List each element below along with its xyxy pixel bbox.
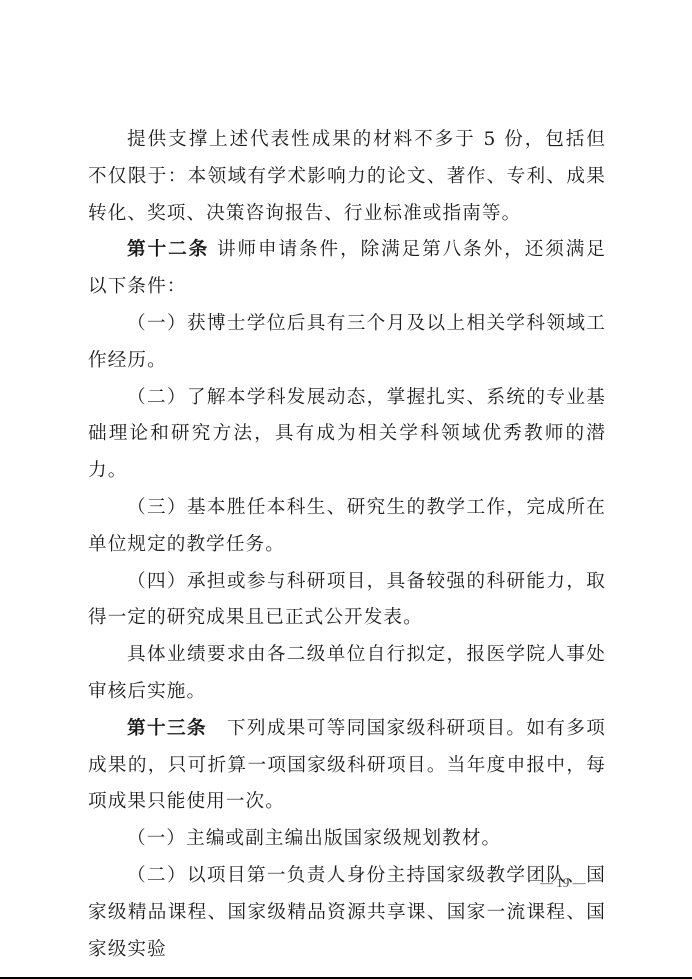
article-heading: 第十三条 [127, 718, 207, 739]
paragraph-text: （四）承担或参与科研项目，具备较强的科研能力，取得一定的研究成果且已正式公开发表… [88, 571, 606, 629]
paragraph: （四）承担或参与科研项目，具备较强的科研能力，取得一定的研究成果且已正式公开发表… [88, 564, 606, 638]
paragraph-text: （一）主编或副主编出版国家级规划教材。 [127, 828, 501, 849]
paragraph-text: （二）了解本学科发展动态，掌握扎实、系统的专业基础理论和研究方法，具有成为相关学… [88, 387, 606, 482]
paragraph-text: 提供支撑上述代表性成果的材料不多于 5 份，包括但不仅限于：本领域有学术影响力的… [88, 129, 606, 224]
paragraph: （三）基本胜任本科生、研究生的教学工作，完成所在单位规定的教学任务。 [88, 490, 606, 564]
page-number: — 19 — [540, 875, 586, 891]
paragraph-article-12: 第十二条 讲师申请条件，除满足第八条外，还须满足以下条件： [88, 232, 606, 306]
paragraph-text: （三）基本胜任本科生、研究生的教学工作，完成所在单位规定的教学任务。 [88, 497, 606, 555]
paragraph: （二）了解本学科发展动态，掌握扎实、系统的专业基础理论和研究方法，具有成为相关学… [88, 380, 606, 490]
paragraph-text: （一）获博士学位后具有三个月及以上相关学科领域工作经历。 [88, 313, 606, 371]
paragraph: 提供支撑上述代表性成果的材料不多于 5 份，包括但不仅限于：本领域有学术影响力的… [88, 122, 606, 232]
paragraph-text: 具体业绩要求由各二级单位自行拟定，报医学院人事处审核后实施。 [88, 644, 606, 702]
article-heading: 第十二条 [127, 239, 209, 260]
paragraph: （二）以项目第一负责人身份主持国家级教学团队、国家级精品课程、国家级精品资源共享… [88, 858, 606, 968]
paragraph: 具体业绩要求由各二级单位自行拟定，报医学院人事处审核后实施。 [88, 637, 606, 711]
paragraph: （一）获博士学位后具有三个月及以上相关学科领域工作经历。 [88, 306, 606, 380]
document-body: 提供支撑上述代表性成果的材料不多于 5 份，包括但不仅限于：本领域有学术影响力的… [88, 122, 606, 968]
paragraph: （一）主编或副主编出版国家级规划教材。 [88, 821, 606, 858]
paragraph-text: （二）以项目第一负责人身份主持国家级教学团队、国家级精品课程、国家级精品资源共享… [88, 865, 606, 960]
paragraph-article-13: 第十三条 下列成果可等同国家级科研项目。如有多项成果的，只可折算一项国家级科研项… [88, 711, 606, 821]
